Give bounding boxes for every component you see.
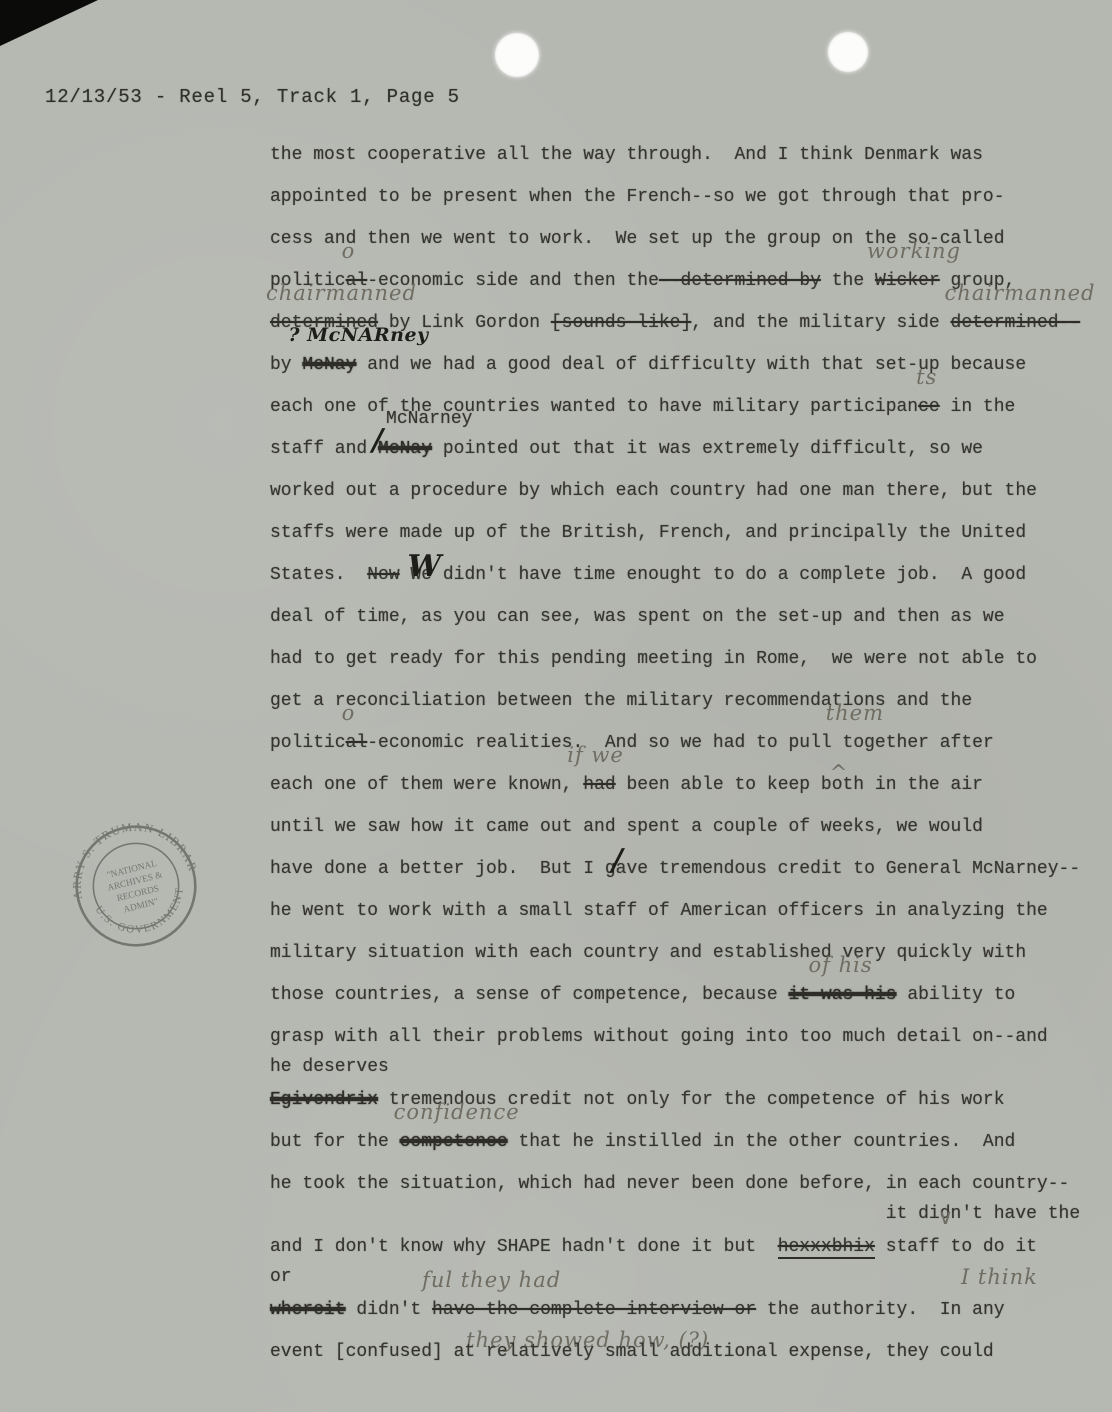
typed-text: military situation with each country and…: [270, 943, 1026, 963]
typed-text: each one of them were known,: [270, 775, 583, 795]
struck-text: competence: [400, 1132, 508, 1152]
typescript-line: military situation with each country and…: [270, 932, 1082, 974]
typed-text: each one of the countries wanted to have…: [270, 397, 918, 417]
page-header: 12/13/53 - Reel 5, Track 1, Page 5: [45, 86, 460, 108]
typed-text: together after: [832, 733, 994, 753]
typed-text: or: [270, 1267, 292, 1287]
handwritten-annotation: ful they had: [422, 1259, 561, 1301]
handwritten-annotation: ∨: [938, 1196, 954, 1238]
typescript-line: by ? McNARneyMeNay and we had a good dea…: [270, 344, 1082, 386]
typescript-line: but for the confidencecompetence that he…: [270, 1121, 1082, 1163]
typed-text: and I don't know why SHAPE hadn't done i…: [270, 1237, 778, 1257]
typed-text: the: [821, 271, 875, 291]
typed-text: worked out a procedure by which each cou…: [270, 481, 1037, 501]
truman-library-stamp: HARRY S. TRUMAN LIBRARY U.S. GOVERNMENT …: [41, 791, 230, 980]
typed-text: deal of time, as you can see, was spent …: [270, 607, 1005, 627]
typed-text: grasp with all their problems without go…: [270, 1027, 1048, 1047]
typed-text: politic: [270, 733, 346, 753]
struck-text: Wicker: [875, 271, 940, 291]
handwritten-overmark: ∕: [372, 420, 383, 462]
typed-text: We didn't have time enought to do a comp…: [410, 565, 1026, 585]
handwritten-annotation: if we: [567, 734, 624, 776]
typed-text: staff and: [270, 439, 378, 459]
punch-hole: [828, 32, 868, 72]
handwritten-annotation: working: [867, 230, 961, 272]
struck-text: al: [346, 733, 368, 753]
typescript-line: until we saw how it came out and spent a…: [270, 806, 1082, 848]
scan-corner-shadow: [0, 0, 98, 46]
typed-text: by: [270, 355, 302, 375]
punch-hole: [495, 33, 539, 77]
typed-text: States.: [270, 565, 367, 585]
typescript-line: those countries, a sense of competence, …: [270, 974, 1082, 1016]
handwritten-annotation: confidence: [394, 1091, 520, 1133]
typed-text: have done a better job. But I g: [270, 859, 616, 879]
typescript-line: States. Now WWe didn't have time enought…: [270, 554, 1082, 596]
typescript-line: event [confused] at relatively small add…: [270, 1331, 1082, 1373]
typescript-line: whereit didn't ful they hadhave the comp…: [270, 1289, 1082, 1331]
typed-text: in the: [940, 397, 1016, 417]
typed-text: he went to work with a small staff of Am…: [270, 901, 1048, 921]
struck-text: Now: [367, 565, 399, 585]
typed-text: that he instilled in the other countries…: [508, 1132, 1016, 1152]
struck-underlined-text: hexxxbhix: [778, 1237, 875, 1259]
typed-text: until we saw how it came out and spent a…: [270, 817, 983, 837]
typed-text: ave tremendous credit to General McNarne…: [616, 859, 1080, 879]
typescript-body: the most cooperative all the way through…: [270, 134, 1082, 1373]
struck-text: have the complete interview or: [432, 1300, 756, 1320]
typescript-line: worked out a procedure by which each cou…: [270, 470, 1082, 512]
typed-text: to do it: [940, 1237, 1037, 1257]
handwritten-annotation: of his: [808, 944, 872, 986]
typescript-line: get a reconciliation between the militar…: [270, 680, 1082, 722]
typescript-line: have done a better job. But I g∕ave trem…: [270, 848, 1082, 890]
typescript-line: politicoal-economic realities. And so we…: [270, 722, 1082, 764]
typescript-line: and I don't know why SHAPE hadn't done i…: [270, 1226, 1082, 1268]
typed-insertion: McNarney: [386, 398, 472, 440]
typed-text: but for the: [270, 1132, 400, 1152]
stamp-center-text: "NATIONAL ARCHIVES & RECORDS ADMIN": [103, 858, 170, 918]
struck-text: MeNay: [302, 355, 356, 375]
typed-text: , and the military side: [691, 313, 950, 333]
handwritten-annotation: ts: [916, 356, 937, 398]
typescript-line: each one of them were known, if wehad be…: [270, 764, 1082, 806]
typed-text: had to get ready for this pending meetin…: [270, 649, 1037, 669]
typed-text: been able to keep both in the air: [616, 775, 983, 795]
typescript-line: staff and ∕McNarneyMeNay pointed out tha…: [270, 428, 1082, 470]
typed-text: he deserves: [270, 1057, 389, 1077]
typescript-line: staffs were made up of the British, Fren…: [270, 512, 1082, 554]
typed-text: event [confused] at relatively small add…: [270, 1342, 994, 1362]
struck-text: had: [583, 775, 615, 795]
typescript-line: grasp with all their problems without go…: [270, 1016, 1082, 1058]
typed-text: it didn't have the: [270, 1204, 1080, 1224]
typescript-line: he took the situation, which had never b…: [270, 1163, 1082, 1205]
typescript-line: appointed to be present when the French-…: [270, 176, 1082, 218]
typed-text: the authority. In any: [756, 1300, 1004, 1320]
typed-text: staffs were made up of the British, Fren…: [270, 523, 1026, 543]
typed-text: staff: [875, 1237, 940, 1257]
typed-text: the most cooperative all the way through…: [270, 145, 983, 165]
typescript-line: deal of time, as you can see, was spent …: [270, 596, 1082, 638]
struck-text: Egivendrix: [270, 1090, 378, 1110]
handwritten-annotation: o: [342, 692, 356, 734]
typed-text: appointed to be present when the French-…: [270, 187, 1005, 207]
struck-text: ce: [918, 397, 940, 417]
typescript-line: or: [270, 1268, 1082, 1289]
typed-text: he took the situation, which had never b…: [270, 1174, 1069, 1194]
typescript-line: he went to work with a small staff of Am…: [270, 890, 1082, 932]
typed-text: didn't: [346, 1300, 432, 1320]
typed-text: pointed out that it was extremely diffic…: [432, 439, 983, 459]
typescript-line: had to get ready for this pending meetin…: [270, 638, 1082, 680]
struck-text: determined--: [951, 313, 1081, 333]
handwritten-overmark: W: [407, 546, 441, 588]
typescript-line: it didn't have the: [270, 1205, 1082, 1226]
handwritten-annotation: o: [342, 230, 356, 272]
handwritten-annotation: them: [826, 692, 884, 734]
handwritten-annotation: chairmanned: [945, 272, 1096, 314]
handwritten-annotation: chairmanned: [266, 272, 417, 314]
struck-text: it was his: [788, 985, 896, 1005]
handwritten-annotation: ? McNARney: [288, 314, 428, 356]
struck-text: whereit: [270, 1300, 346, 1320]
handwritten-overmark: ∕: [612, 840, 623, 882]
typescript-line: the most cooperative all the way through…: [270, 134, 1082, 176]
struck-text: MeNay: [378, 439, 432, 459]
typescript-line: he deserves: [270, 1058, 1082, 1079]
struck-text: [sounds like]: [551, 313, 691, 333]
typescript-line: Egivendrix tremendous credit not only fo…: [270, 1079, 1082, 1121]
typed-text: ability to: [897, 985, 1016, 1005]
document-page: 12/13/53 - Reel 5, Track 1, Page 5 the m…: [0, 0, 1112, 1412]
struck-text: --determined by: [659, 271, 821, 291]
typed-text: those countries, a sense of competence, …: [270, 985, 788, 1005]
